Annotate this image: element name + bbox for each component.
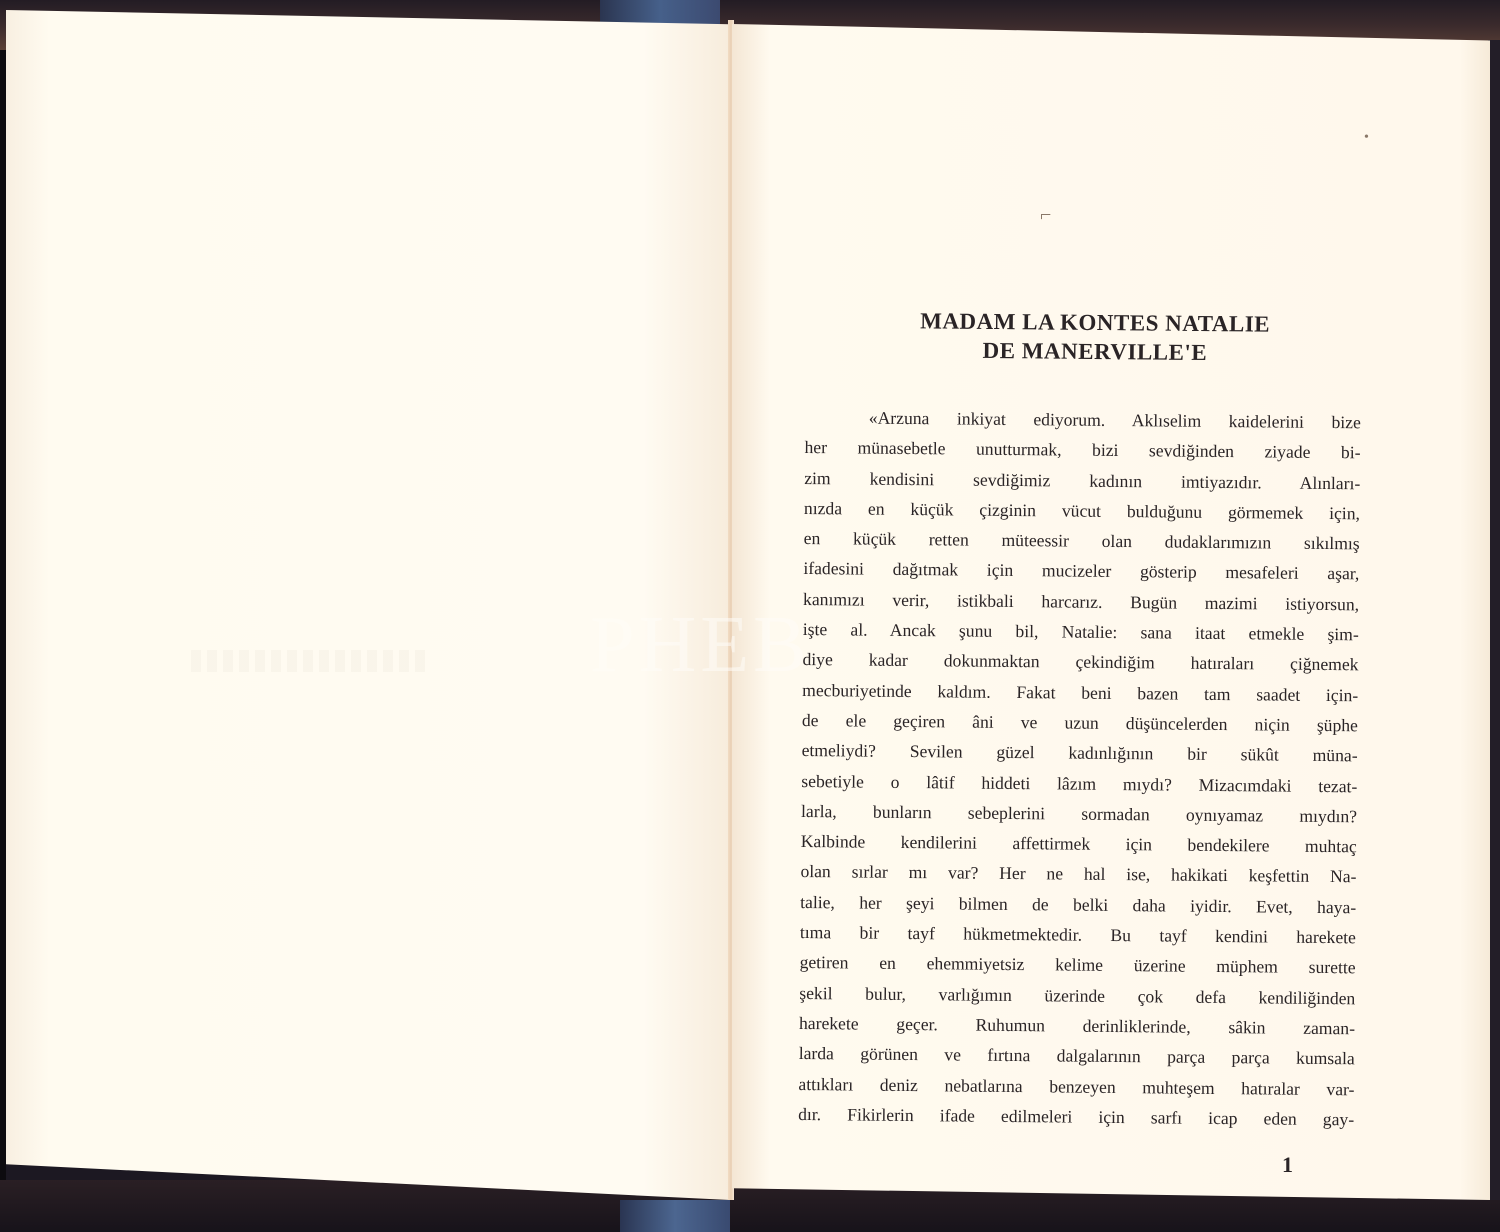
watermark: PHEB [590,600,811,691]
dedication-title: MADAM LA KONTES NATALIE DE MANERVILLE'E [870,306,1321,368]
body-line: diye kadar dokunmaktan çekindiğim hatıra… [802,644,1358,680]
body-line: her münasebetle unutturmak, bizi sevdiği… [804,432,1360,468]
dedication-title-line-2: DE MANERVILLE'E [870,335,1320,368]
body-line: ifadesini dağıtmak için mucizeler göster… [803,553,1359,589]
show-through-text [191,650,431,672]
dedication-body: «Arzuna inkiyat ediyorum. Aklıselim kaid… [798,402,1361,1134]
binding-cloth-top [600,0,720,24]
printing-speck: ⌐ [1040,204,1051,227]
body-line: dır. Fikirlerin ifade edilmeleri için sa… [798,1099,1354,1135]
binding-cloth-bottom [620,1200,730,1232]
printing-speck: • [1364,130,1369,146]
scan-edge-left [0,0,6,1232]
page-number: 1 [1282,1152,1293,1178]
book-scan: PHEB ⌐ • MADAM LA KONTES NATALIE DE MANE… [0,0,1500,1232]
dedication-title-line-1: MADAM LA KONTES NATALIE [870,306,1320,339]
body-line: etmeliydi? Sevilen güzel kadınlığının bi… [802,735,1358,771]
body-line: getiren en ehemmiyetsiz kelime üzerine m… [799,947,1355,983]
body-line: larda görünen ve fırtına dalgalarının pa… [799,1038,1355,1074]
body-line: olan sırlar mı var? Her ne hal ise, haki… [800,856,1356,892]
